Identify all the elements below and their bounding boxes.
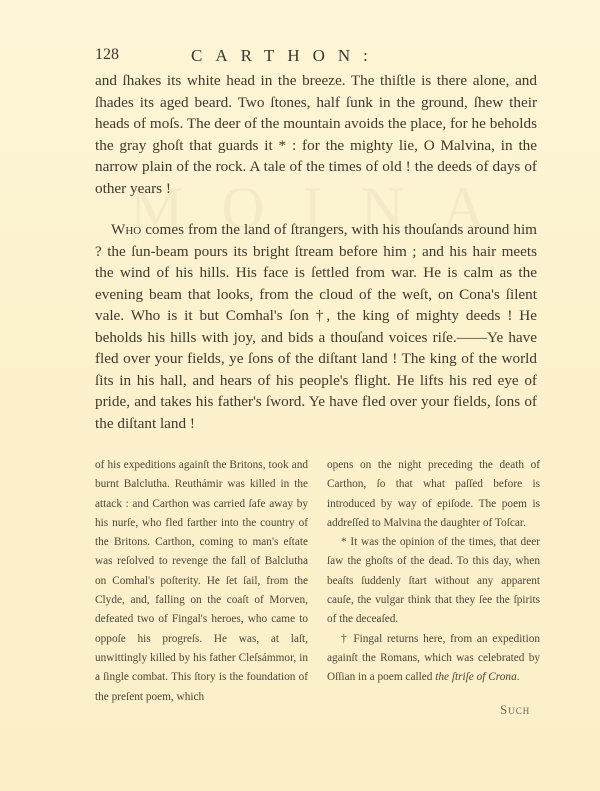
footnote-dagger: † Fingal returns here, from an expeditio… [327,630,540,688]
footnote-column-right: opens on the night preceding the death o… [327,456,540,707]
footnote-asterisk: * It was the opinion of the times, that … [327,533,540,629]
page-number: 128 [95,46,119,64]
catchword: Such [500,702,530,718]
paragraph-2-body: comes from the land of ſtrangers, with h… [95,221,537,432]
footnote-continued-text: of his expeditions againſt the Britons, … [95,456,308,707]
paragraph-2-lead: Who [111,221,141,238]
main-text: and ſhakes its white head in the breeze.… [95,70,537,434]
paragraph-2: Who comes from the land of ſtrangers, wi… [95,219,537,434]
book-page: MOINA 128 CARTHON: and ſhakes its white … [0,0,600,791]
footnote-dagger-title: the ſtriſe of Crona [435,671,516,683]
paragraph-1: and ſhakes its white head in the breeze.… [95,70,537,199]
footnote-continuation: opens on the night preceding the death o… [327,456,540,533]
running-title: CARTHON: [191,46,381,66]
footnote-dagger-end: . [517,671,520,683]
footnotes: of his expeditions againſt the Britons, … [95,456,540,707]
footnote-column-left: of his expeditions againſt the Britons, … [95,456,308,707]
running-head: 128 CARTHON: [95,46,440,70]
